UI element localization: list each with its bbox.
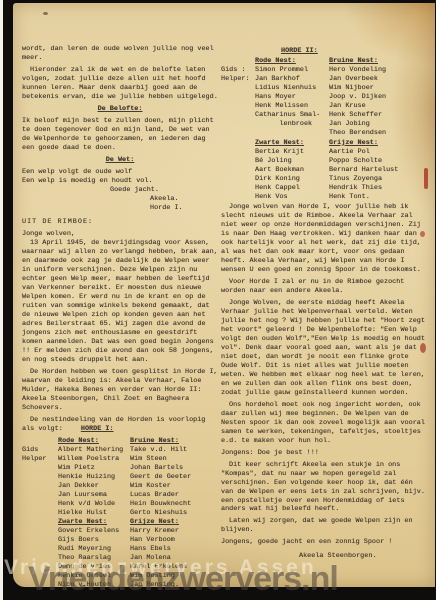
member-name: Simon Prommel	[255, 66, 329, 75]
member-role	[22, 536, 58, 545]
member-name: Rudi Meyering	[58, 545, 130, 554]
member-name	[255, 129, 329, 138]
nest-row: Jan LuursemaLucas Brader	[22, 491, 218, 500]
scan-edge	[0, 0, 3, 600]
member-role: Helper:	[221, 75, 255, 84]
paragraph: De Horden hebben we toen gesplitst in Ho…	[22, 368, 218, 413]
nest-row: Lidius NienhuisWim Nijboer	[221, 84, 425, 93]
member-name: Hero Vondeling	[329, 66, 425, 75]
horde2-nest-table-2: Bertie KrijtAartie PolBé JolingPoppo Sch…	[221, 148, 425, 202]
member-role	[22, 527, 58, 536]
member-name: Henk Tont.	[329, 193, 425, 202]
member-name: Johan Bartels	[130, 464, 218, 473]
member-name: Henk Scheffer	[329, 111, 425, 120]
closing-signature: Akeela.	[150, 195, 218, 204]
member-name: Theo Berendsen	[329, 129, 425, 138]
member-role	[221, 157, 255, 166]
wet-line: Een welp is moedig en houdt vol.	[22, 177, 218, 186]
nest-header-zwarte: Zwarte Nest:	[255, 139, 329, 148]
member-name: Lucas Brader	[130, 491, 218, 500]
scanned-page: wordt, dan leren de oude wolven jullie n…	[0, 0, 436, 600]
member-name: Jan Barkhof	[255, 75, 329, 84]
member-role	[22, 500, 58, 509]
member-role	[221, 175, 255, 184]
member-role: Gids :	[221, 66, 255, 75]
paper-sheet: wordt, dan leren de oude wolven jullie n…	[13, 3, 435, 587]
member-role	[22, 473, 58, 482]
nest-header-zwarte: Zwarte Nest:	[58, 518, 130, 527]
horde2-title: HORDE II:	[281, 47, 425, 56]
wet-heading: De Wet:	[22, 156, 218, 165]
member-role	[22, 491, 58, 500]
nest-row: Aart BoekmanBernard Hartelust	[221, 166, 425, 175]
member-name: Aart Boekman	[255, 166, 329, 175]
member-name: lenbroek	[255, 120, 329, 129]
exhortation-line: Jongens: Doe je best !!!	[221, 449, 425, 458]
member-name: Henk Cappel	[255, 184, 329, 193]
nest-row: Hans MoyerJoop v. Dijken	[221, 93, 425, 102]
nest-row: HelperWillem PoelstraWim Steen	[22, 455, 218, 464]
member-name: Bé Joling	[255, 157, 329, 166]
watermark-main: Vriendenzwervers.nl	[28, 560, 436, 599]
member-role	[221, 193, 255, 202]
member-name: Geert de Geeter	[130, 473, 218, 482]
member-name: Gijs Boers	[58, 536, 130, 545]
member-role	[221, 184, 255, 193]
member-role	[22, 482, 58, 491]
member-name: Wim Steen	[130, 455, 218, 464]
belofte-heading: De Belofte:	[22, 105, 218, 114]
member-name: Hans Ebels	[130, 545, 218, 554]
member-name: Jan Overbeek	[329, 75, 425, 84]
paragraph: Jonge Wolven, de eerste middag heeft Ake…	[221, 299, 425, 398]
member-name: Tinus Zoyenga	[329, 175, 425, 184]
member-name: Lidius Nienhuis	[255, 84, 329, 93]
member-role	[221, 148, 255, 157]
paragraph: wordt, dan leren de oude wolven jullie n…	[22, 45, 218, 63]
member-name: Henk v/d Wolde	[58, 500, 130, 509]
member-name: Dirk Koning	[255, 175, 329, 184]
member-role	[221, 166, 255, 175]
nest-row: Bé JolingPoppo Scholte	[221, 157, 425, 166]
nest-row: Gijs BoersHan Verboom	[22, 536, 218, 545]
nest-row: Henk MelissenJan Kruse	[221, 102, 425, 111]
member-role	[22, 545, 58, 554]
paragraph: De nestindeeling van de Horden is voorlo…	[22, 416, 218, 434]
nest-row: Hielke HulstGerto Nieshuis	[22, 509, 218, 518]
nest-row: Catharinus Smal-Henk Scheffer	[221, 111, 425, 120]
member-name: Han Verboom	[130, 536, 218, 545]
right-column: HORDE II: Rode Nest: Bruine Nest: Gids :…	[221, 47, 425, 561]
nest-row: Henkie HuizingGeert de Geeter	[22, 473, 218, 482]
member-role	[22, 464, 58, 473]
member-name: Bertie Krijt	[255, 148, 329, 157]
member-name: Jan Kruse	[329, 102, 425, 111]
red-ink-spot	[420, 231, 425, 237]
nest-row: Henk VosHenk Tont.	[221, 193, 425, 202]
nest-row: Gids :Simon PrommelHero Vondeling	[221, 66, 425, 75]
nest-row: Theo Berendsen	[221, 129, 425, 138]
paragraph: Voor Horde I zal er nu in de Rimboe gezo…	[221, 278, 425, 296]
member-name: Jan Dekker	[58, 482, 130, 491]
member-role	[221, 120, 255, 129]
horde2-nest-table-1: Gids :Simon PrommelHero VondelingHelper:…	[221, 66, 425, 138]
member-name: Aartie Pol	[329, 148, 425, 157]
paragraph: Jonge wolven van Horde I, voor jullie he…	[221, 203, 425, 275]
member-name: Wim Nijboer	[329, 84, 425, 93]
nest-header-rode: Rode Nest:	[58, 437, 130, 446]
nest-row: Dirk KoningTinus Zoyenga	[221, 175, 425, 184]
nest-row: Helper:Jan BarkhofJan Overbeek	[221, 75, 425, 84]
nest-row: GidsAlbert MatheringTake v.d. Hilt	[22, 446, 218, 455]
member-name: Bernard Hartelust	[329, 166, 425, 175]
nest-header-bruine: Bruine Nest:	[329, 57, 425, 66]
member-name: Henkie Huizing	[58, 473, 130, 482]
nest-header-rode: Rode Nest:	[255, 57, 329, 66]
member-name: Hein Bouwknecht	[130, 500, 218, 509]
nest-row: Wim PietzJohan Bartels	[22, 464, 218, 473]
closing-line: Goede jacht.	[110, 186, 218, 195]
member-name: Catharinus Smal-	[255, 111, 329, 120]
member-role	[221, 111, 255, 120]
member-name: Govert Erkelens	[58, 527, 130, 536]
red-ink-mark	[424, 168, 428, 189]
member-name: Henk Melissen	[255, 102, 329, 111]
member-name: Hendrik Thies	[329, 184, 425, 193]
nest-row: Henk v/d WoldeHein Bouwknecht	[22, 500, 218, 509]
paragraph: Laten wij zorgen, dat we goede Welpen zi…	[221, 517, 425, 535]
horde1-nest-headers: Rode Nest: Bruine Nest:	[22, 437, 218, 446]
member-name: Jan Luursema	[58, 491, 130, 500]
horde1-nest-headers-2: Zwarte Nest: Grijze Nest:	[22, 518, 218, 527]
nest-header-grijze: Grijze Nest:	[130, 518, 218, 527]
member-role	[22, 509, 58, 518]
belofte-text: Ik beloof mijn best te zullen doen, mijn…	[22, 117, 218, 153]
nest-row: Govert ErkelensHarry Kremer	[22, 527, 218, 536]
nest-row: lenbroekJan Jobing	[221, 120, 425, 129]
member-role	[221, 129, 255, 138]
member-name: Wim Koster	[130, 482, 218, 491]
member-name: Albert Mathering	[58, 446, 130, 455]
horde2-nest-headers-2: Zwarte Nest: Grijze Nest:	[221, 139, 425, 148]
member-name: Hielke Hulst	[58, 509, 130, 518]
member-name: Jan Jobing	[329, 120, 425, 129]
member-name: Wim Pietz	[58, 464, 130, 473]
member-name: Henk Vos	[255, 193, 329, 202]
member-name: Joop v. Dijken	[329, 93, 425, 102]
member-name: Take v.d. Hilt	[130, 446, 218, 455]
left-column: wordt, dan leren de oude wolven jullie n…	[22, 45, 218, 590]
member-name: Poppo Scholte	[329, 157, 425, 166]
nest-row: Rudi MeyeringHans Ebels	[22, 545, 218, 554]
nest-header-bruine: Bruine Nest:	[130, 437, 218, 446]
wet-line: Een welp volgt de oude wolf	[22, 168, 218, 177]
nest-row: Henk CappelHendrik Thies	[221, 184, 425, 193]
horde2-nest-headers: Rode Nest: Bruine Nest:	[221, 57, 425, 66]
nest-header-grijze: Grijze Nest:	[329, 139, 425, 148]
member-name: Gerto Nieshuis	[130, 509, 218, 518]
member-role: Gids	[22, 446, 58, 455]
member-role	[221, 84, 255, 93]
paragraph: Dit keer schrijft Akeela een stukje in o…	[221, 461, 425, 515]
paragraph: Hieronder zal ik de wet en de belofte la…	[22, 66, 218, 102]
red-ink-spot	[420, 343, 426, 353]
paragraph: 13 April 1945, de bevrijdingsdag voor As…	[22, 239, 218, 365]
member-name: Willem Poelstra	[58, 455, 130, 464]
paper-speck	[43, 12, 48, 15]
nest-row: Jan DekkerWim Koster	[22, 482, 218, 491]
closing-horde: Horde I.	[150, 204, 218, 213]
member-name: Hans Moyer	[255, 93, 329, 102]
member-role	[221, 102, 255, 111]
nest-row: Bertie KrijtAartie Pol	[221, 148, 425, 157]
rimboe-heading: UIT DE RIMBOE:	[22, 218, 218, 227]
member-role: Helper	[22, 455, 58, 464]
member-name: Harry Kremer	[130, 527, 218, 536]
paragraph: Ons hordehol moet ook nog ingericht word…	[221, 401, 425, 446]
horde1-title: HORDE I:	[81, 425, 114, 433]
horde1-nest-table-1: GidsAlbert MatheringTake v.d. HiltHelper…	[22, 446, 218, 518]
member-role	[221, 93, 255, 102]
closing-line: Jongens, goede jacht en een zonnig Spoor…	[221, 538, 425, 547]
